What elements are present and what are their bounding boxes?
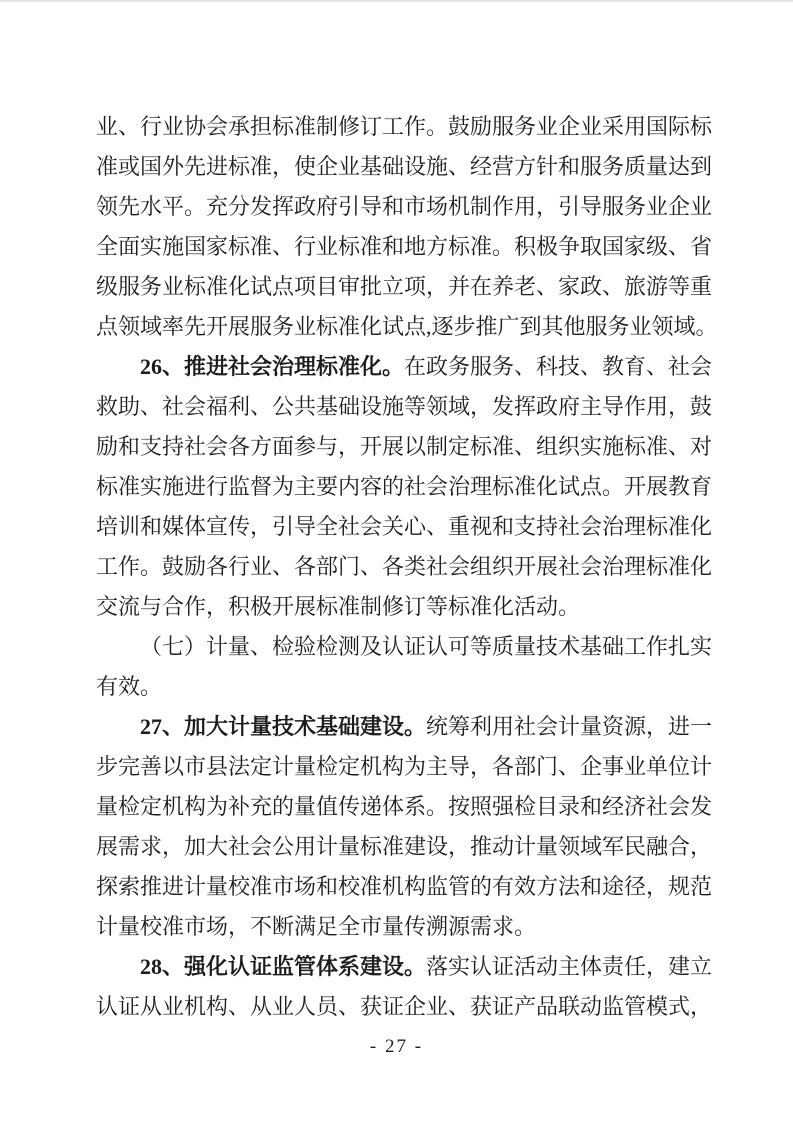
text-line: 计量校准市场，不断满足全市量传溯源需求。 xyxy=(96,907,716,947)
text-line: 点领域率先开展服务业标准化试点,逐步推广到其他服务业领域。 xyxy=(96,307,716,347)
scan-artifact-top-edge xyxy=(0,0,793,2)
body-text: 在政务服务、科技、教育、社会 xyxy=(404,354,712,379)
document-page: 业、行业协会承担标准制修订工作。鼓励服务业企业采用国际标准或国外先进标准，使企业… xyxy=(0,0,793,1122)
body-text: 点领域率先开展服务业标准化试点,逐步推广到其他服务业领域。 xyxy=(96,314,718,339)
text-line: 28、强化认证监管体系建设。落实认证活动主体责任，建立 xyxy=(96,947,716,987)
body-text: 统筹利用社会计量资源，进一 xyxy=(426,714,712,739)
text-line: 领先水平。充分发挥政府引导和市场机制作用，引导服务业企业 xyxy=(96,187,716,227)
text-line: 探索推进计量校准市场和校准机构监管的有效方法和途径，规范 xyxy=(96,867,716,907)
body-text: 全面实施国家标准、行业标准和地方标准。积极争取国家级、省 xyxy=(96,234,712,259)
page-number: - 27 - xyxy=(0,1034,793,1060)
bold-heading-text: 26、推进社会治理标准化。 xyxy=(140,354,404,379)
text-line: 交流与合作，积极开展标准制修订等标准化活动。 xyxy=(96,587,716,627)
text-line: 励和支持社会各方面参与，开展以制定标准、组织实施标准、对 xyxy=(96,427,716,467)
text-line: 量检定机构为补充的量值传递体系。按照强检目录和经济社会发 xyxy=(96,787,716,827)
body-text: 交流与合作，积极开展标准制修订等标准化活动。 xyxy=(96,594,580,619)
text-line: 救助、社会福利、公共基础设施等领域，发挥政府主导作用，鼓 xyxy=(96,387,716,427)
text-line: 标准实施进行监督为主要内容的社会治理标准化试点。开展教育 xyxy=(96,467,716,507)
text-line: 27、加大计量技术基础建设。统筹利用社会计量资源，进一 xyxy=(96,707,716,747)
bold-heading-text: 27、加大计量技术基础建设。 xyxy=(140,714,426,739)
body-text: （七）计量、检验检测及认证认可等质量技术基础工作扎实 xyxy=(140,634,712,659)
body-text: 有效。 xyxy=(96,674,162,699)
body-text: 培训和媒体宣传，引导全社会关心、重视和支持社会治理标准化 xyxy=(96,514,712,539)
body-text: 步完善以市县法定计量检定机构为主导，各部门、企事业单位计 xyxy=(96,754,712,779)
text-line: 业、行业协会承担标准制修订工作。鼓励服务业企业采用国际标 xyxy=(96,107,716,147)
text-line: （七）计量、检验检测及认证认可等质量技术基础工作扎实 xyxy=(96,627,716,667)
body-text: 救助、社会福利、公共基础设施等领域，发挥政府主导作用，鼓 xyxy=(96,394,712,419)
text-line: 步完善以市县法定计量检定机构为主导，各部门、企事业单位计 xyxy=(96,747,716,787)
body-text: 业、行业协会承担标准制修订工作。鼓励服务业企业采用国际标 xyxy=(96,114,712,139)
text-line: 准或国外先进标准，使企业基础设施、经营方针和服务质量达到 xyxy=(96,147,716,187)
body-text: 领先水平。充分发挥政府引导和市场机制作用，引导服务业企业 xyxy=(96,194,712,219)
text-line: 有效。 xyxy=(96,667,716,707)
body-text: 落实认证活动主体责任，建立 xyxy=(426,954,712,979)
text-line: 26、推进社会治理标准化。在政务服务、科技、教育、社会 xyxy=(96,347,716,387)
body-text: 工作。鼓励各行业、各部门、各类社会组织开展社会治理标准化 xyxy=(96,554,712,579)
body-text: 展需求，加大社会公用计量标准建设，推动计量领域军民融合， xyxy=(96,834,712,859)
body-text: 量检定机构为补充的量值传递体系。按照强检目录和经济社会发 xyxy=(96,794,712,819)
text-line: 工作。鼓励各行业、各部门、各类社会组织开展社会治理标准化 xyxy=(96,547,716,587)
body-text: 计量校准市场，不断满足全市量传溯源需求。 xyxy=(96,914,536,939)
text-line: 展需求，加大社会公用计量标准建设，推动计量领域军民融合， xyxy=(96,827,716,867)
document-body: 业、行业协会承担标准制修订工作。鼓励服务业企业采用国际标准或国外先进标准，使企业… xyxy=(96,107,716,1027)
text-line: 全面实施国家标准、行业标准和地方标准。积极争取国家级、省 xyxy=(96,227,716,267)
body-text: 准或国外先进标准，使企业基础设施、经营方针和服务质量达到 xyxy=(96,154,712,179)
text-line: 培训和媒体宣传，引导全社会关心、重视和支持社会治理标准化 xyxy=(96,507,716,547)
body-text: 标准实施进行监督为主要内容的社会治理标准化试点。开展教育 xyxy=(96,474,712,499)
body-text: 励和支持社会各方面参与，开展以制定标准、组织实施标准、对 xyxy=(96,434,712,459)
bold-heading-text: 28、强化认证监管体系建设。 xyxy=(140,954,426,979)
body-text: 认证从业机构、从业人员、获证企业、获证产品联动监管模式， xyxy=(96,994,712,1019)
text-line: 级服务业标准化试点项目审批立项，并在养老、家政、旅游等重 xyxy=(96,267,716,307)
body-text: 探索推进计量校准市场和校准机构监管的有效方法和途径，规范 xyxy=(96,874,712,899)
body-text: 级服务业标准化试点项目审批立项，并在养老、家政、旅游等重 xyxy=(96,274,712,299)
text-line: 认证从业机构、从业人员、获证企业、获证产品联动监管模式， xyxy=(96,987,716,1027)
